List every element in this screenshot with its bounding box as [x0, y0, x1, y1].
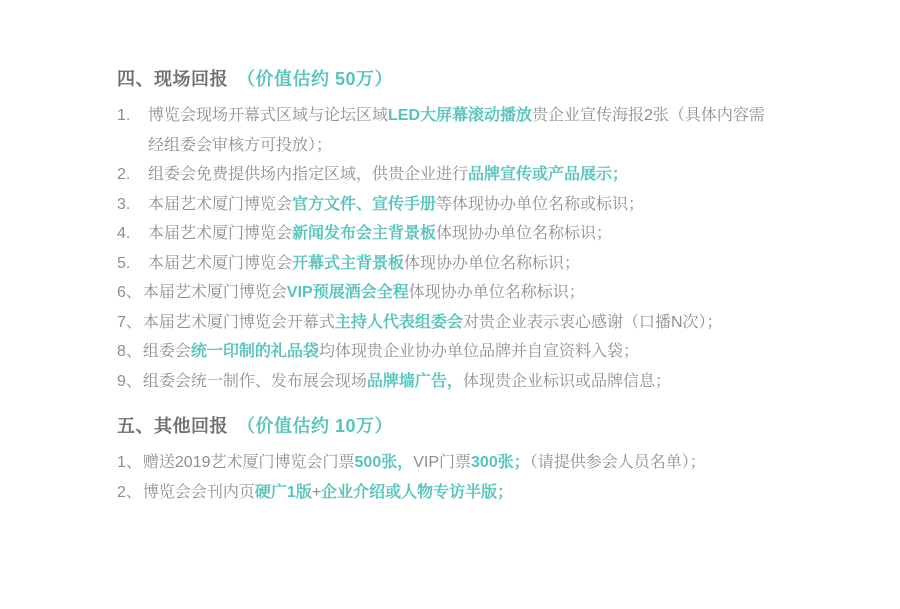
item-text: 博览会现场开幕式区域与论坛区域LED大屏幕滚动播放贵企业宣传海报2张（具体内容需…: [148, 101, 765, 160]
plain-text: 体现协办单位名称标识；: [404, 255, 580, 272]
highlighted-text: LED大屏幕滚动播放: [388, 107, 532, 124]
section-heading: 四、现场回报（价值估约 50万）: [117, 66, 765, 92]
item-number: 2、: [117, 478, 142, 508]
plain-text: 本届艺术厦门博览会: [148, 255, 292, 272]
list-item: 1、赠送2019艺术厦门博览会门票500张，VIP门票300张；（请提供参会人员…: [117, 448, 765, 478]
highlighted-text: 500张，: [355, 454, 414, 471]
plain-text: 本届艺术厦门博览会: [148, 196, 292, 213]
item-number: 8、: [117, 337, 142, 367]
plain-text: 均体现贵企业协办单位品牌并自宣资料入袋；: [319, 343, 639, 360]
list-item: 5.本届艺术厦门博览会开幕式主背景板体现协办单位名称标识；: [117, 249, 765, 279]
plain-text: +: [312, 484, 321, 501]
section-heading-title: 四、现场回报: [117, 69, 228, 89]
plain-text: 组委会统一制作、发布展会现场: [143, 373, 367, 390]
plain-text: 博览会现场开幕式区域与论坛区域: [148, 107, 388, 124]
highlighted-text: 统一印制的礼品袋: [191, 343, 319, 360]
item-text: 博览会会刊内页硬广1版+企业介绍或人物专访半版；: [143, 478, 765, 508]
item-number: 5.: [117, 249, 148, 279]
plain-text: 博览会会刊内页: [143, 484, 255, 501]
plain-text: （请提供参会人员名单）；: [530, 454, 706, 471]
plain-text: 体现协办单位名称标识；: [436, 225, 612, 242]
item-text: 组委会统一制作、发布展会现场品牌墙广告，体现贵企业标识或品牌信息；: [143, 367, 765, 397]
section-onsite-returns: 四、现场回报（价值估约 50万） 1.博览会现场开幕式区域与论坛区域LED大屏幕…: [117, 66, 765, 396]
highlighted-text: 硬广1版: [255, 484, 312, 501]
item-number: 6、: [117, 278, 142, 308]
highlighted-text: 品牌宣传或产品展示；: [468, 166, 628, 183]
list-item: 9、组委会统一制作、发布展会现场品牌墙广告，体现贵企业标识或品牌信息；: [117, 367, 765, 397]
plain-text: 本届艺术厦门博览会: [148, 225, 292, 242]
list-item: 1.博览会现场开幕式区域与论坛区域LED大屏幕滚动播放贵企业宣传海报2张（具体内…: [117, 101, 765, 160]
item-number: 3.: [117, 190, 148, 220]
highlighted-text: 300张；: [471, 454, 530, 471]
benefit-list-onsite: 1.博览会现场开幕式区域与论坛区域LED大屏幕滚动播放贵企业宣传海报2张（具体内…: [117, 101, 765, 396]
plain-text: 本届艺术厦门博览会开幕式: [143, 314, 335, 331]
item-number: 7、: [117, 308, 142, 338]
highlighted-text: 新闻发布会主背景板: [292, 225, 436, 242]
item-text: 本届艺术厦门博览会VIP预展酒会全程体现协办单位名称标识；: [143, 278, 765, 308]
item-number: 1.: [117, 101, 148, 131]
highlighted-text: 开幕式主背景板: [292, 255, 404, 272]
section-other-returns: 五、其他回报（价值估约 10万） 1、赠送2019艺术厦门博览会门票500张，V…: [117, 413, 765, 507]
list-item: 8、组委会统一印制的礼品袋均体现贵企业协办单位品牌并自宣资料入袋；: [117, 337, 765, 367]
item-text: 本届艺术厦门博览会官方文件、宣传手册等体现协办单位名称或标识；: [148, 190, 765, 220]
list-item: 4.本届艺术厦门博览会新闻发布会主背景板体现协办单位名称标识；: [117, 219, 765, 249]
benefit-list-other: 1、赠送2019艺术厦门博览会门票500张，VIP门票300张；（请提供参会人员…: [117, 448, 765, 507]
plain-text: 体现协办单位名称标识；: [409, 284, 585, 301]
plain-text: VIP门票: [413, 454, 471, 471]
item-number: 4.: [117, 219, 148, 249]
plain-text: 组委会: [143, 343, 191, 360]
plain-text: 组委会免费提供场内指定区域，供贵企业进行: [148, 166, 468, 183]
item-text: 本届艺术厦门博览会新闻发布会主背景板体现协办单位名称标识；: [148, 219, 765, 249]
list-item: 2、博览会会刊内页硬广1版+企业介绍或人物专访半版；: [117, 478, 765, 508]
section-heading-value: （价值估约 10万）: [237, 416, 393, 436]
item-text: 本届艺术厦门博览会开幕式主持人代表组委会对贵企业表示衷心感谢（口播N次）；: [143, 308, 765, 338]
list-item: 2.组委会免费提供场内指定区域，供贵企业进行品牌宣传或产品展示；: [117, 160, 765, 190]
highlighted-text: 品牌墙广告，: [367, 373, 463, 390]
plain-text: 本届艺术厦门博览会: [143, 284, 287, 301]
list-item: 6、本届艺术厦门博览会VIP预展酒会全程体现协办单位名称标识；: [117, 278, 765, 308]
item-text: 组委会免费提供场内指定区域，供贵企业进行品牌宣传或产品展示；: [148, 160, 765, 190]
item-number: 1、: [117, 448, 142, 478]
item-text: 赠送2019艺术厦门博览会门票500张，VIP门票300张；（请提供参会人员名单…: [143, 448, 765, 478]
list-item: 3.本届艺术厦门博览会官方文件、宣传手册等体现协办单位名称或标识；: [117, 190, 765, 220]
section-heading-value: （价值估约 50万）: [237, 69, 393, 89]
item-text: 组委会统一印制的礼品袋均体现贵企业协办单位品牌并自宣资料入袋；: [143, 337, 765, 367]
section-heading-title: 五、其他回报: [117, 416, 228, 436]
plain-text: 赠送2019艺术厦门博览会门票: [143, 454, 355, 471]
item-number: 2.: [117, 160, 148, 190]
highlighted-text: 主持人代表组委会: [335, 314, 463, 331]
plain-text: 对贵企业表示衷心感谢（口播N次）；: [463, 314, 723, 331]
list-item: 7、本届艺术厦门博览会开幕式主持人代表组委会对贵企业表示衷心感谢（口播N次）；: [117, 308, 765, 338]
plain-text: 体现贵企业标识或品牌信息；: [463, 373, 671, 390]
document-page: 四、现场回报（价值估约 50万） 1.博览会现场开幕式区域与论坛区域LED大屏幕…: [0, 0, 900, 609]
section-heading: 五、其他回报（价值估约 10万）: [117, 413, 765, 439]
item-number: 9、: [117, 367, 142, 397]
highlighted-text: VIP预展酒会全程: [287, 284, 409, 301]
highlighted-text: 官方文件、宣传手册: [292, 196, 436, 213]
item-text: 本届艺术厦门博览会开幕式主背景板体现协办单位名称标识；: [148, 249, 765, 279]
highlighted-text: 企业介绍或人物专访半版；: [321, 484, 513, 501]
plain-text: 等体现协办单位名称或标识；: [436, 196, 644, 213]
